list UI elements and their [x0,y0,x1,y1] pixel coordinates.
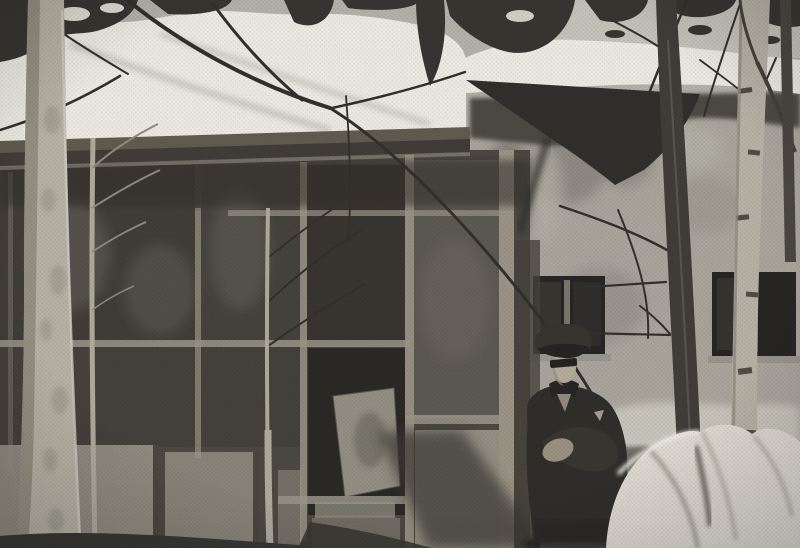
vignette [0,0,800,548]
photo-canvas [0,0,800,548]
photograph [0,0,800,548]
